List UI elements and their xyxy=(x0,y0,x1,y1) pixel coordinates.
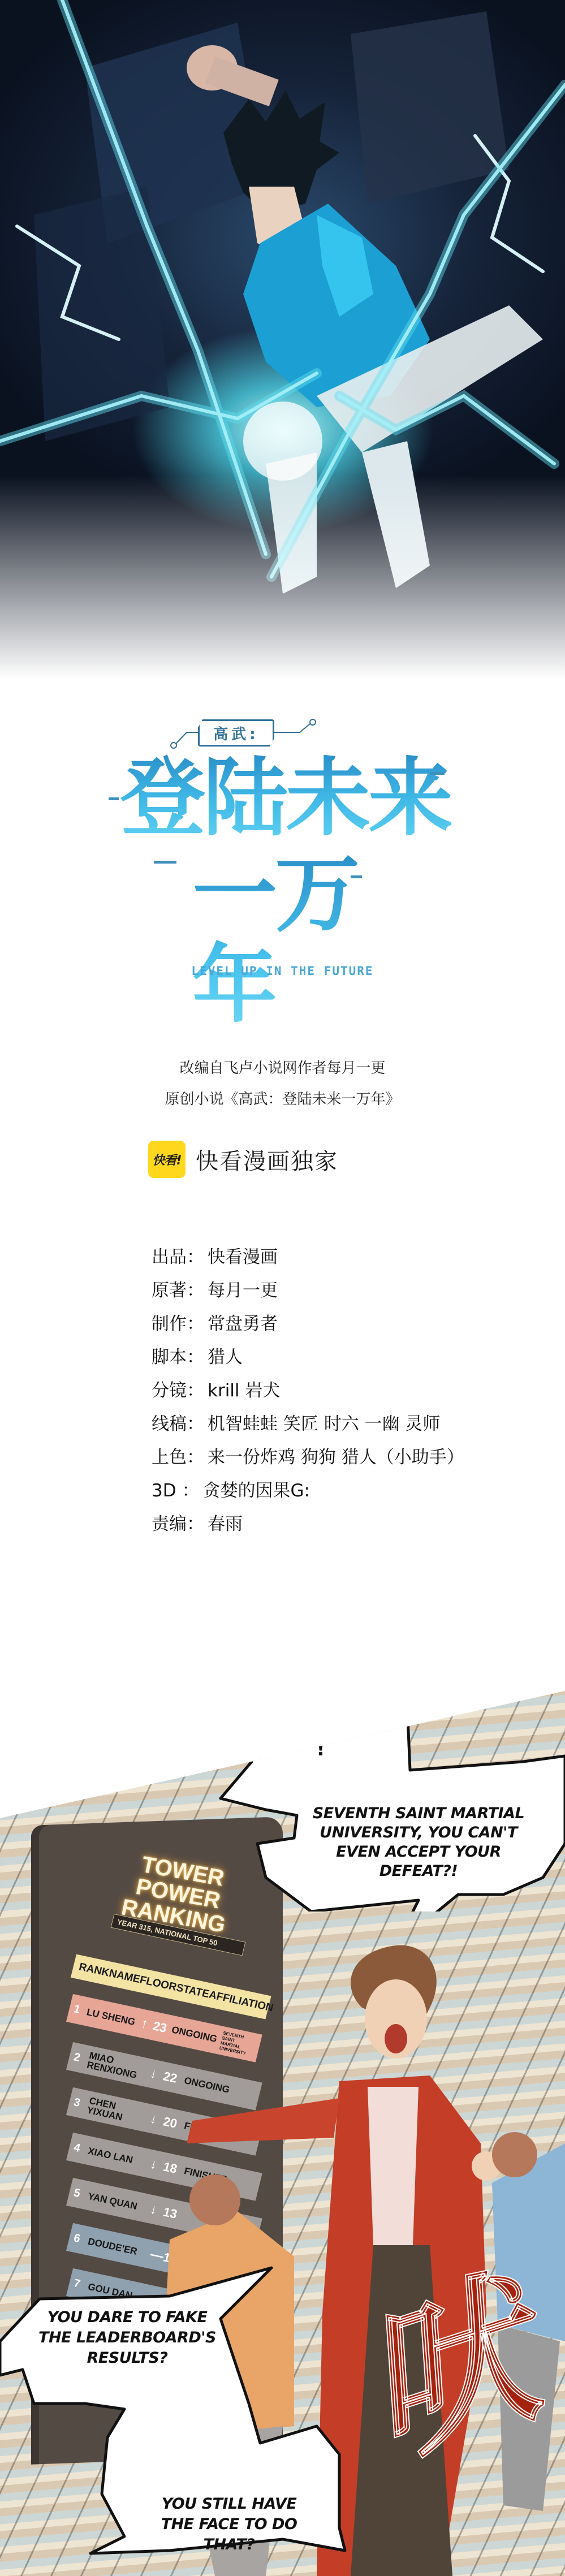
credit-label: 制作： xyxy=(152,1309,204,1335)
logo-title-line1: 登陆未来 xyxy=(110,753,461,844)
credit-row: 上色：来一份炸鸡 狗狗 猎人（小助手） xyxy=(152,1439,464,1472)
credit-value: 每月一更 xyxy=(208,1276,278,1301)
logo-english-subtitle: LEVEL UP IN THE FUTURE xyxy=(0,964,565,978)
credit-value: 来一份炸鸡 狗狗 猎人（小助手） xyxy=(208,1443,464,1468)
logo-tag: 高武: xyxy=(198,719,274,747)
credit-row: 原著：每月一更 xyxy=(152,1272,464,1305)
cover-illustration xyxy=(0,0,565,679)
credit-value: 春雨 xyxy=(208,1509,243,1535)
comic-panel: TOWER POWER RANKING YEAR 315, NATIONAL T… xyxy=(0,1691,565,2576)
credit-row: 脚本：猎人 xyxy=(152,1339,464,1372)
credit-row: 3D ：贪婪的因果G: xyxy=(152,1472,464,1505)
credit-value: 猎人 xyxy=(208,1343,243,1368)
title-logo: 高武: 登陆未来 一万年 xyxy=(0,707,565,944)
credit-label: 脚本： xyxy=(152,1343,204,1368)
logo-dash xyxy=(154,861,176,864)
credit-value: 常盘勇者 xyxy=(208,1309,278,1335)
face-text: YOU STILL HAVE THE FACE TO DO THAT? xyxy=(147,2494,311,2555)
grunt-text: 艹! xyxy=(294,1733,328,1761)
credit-row: 分镜：krill 岩犬 xyxy=(152,1372,464,1405)
logo-title-line2: 一万年 xyxy=(192,849,430,1030)
credit-row: 责编：春雨 xyxy=(152,1505,464,1539)
cover-art-graphic xyxy=(0,0,565,679)
credit-label: 出品： xyxy=(152,1242,204,1268)
kuaikan-logo-icon: 快看! xyxy=(148,1141,186,1178)
credit-row: 制作：常盘勇者 xyxy=(152,1305,464,1339)
logo-dash xyxy=(351,875,362,878)
adaptation-line-2: 原创小说《高武：登陆未来一万年》 xyxy=(0,1088,565,1108)
fake-results-text: YOU DARE TO FAKE THE LEADERBOARD'S RESUL… xyxy=(34,2307,221,2368)
credit-label: 上色： xyxy=(152,1443,204,1468)
credit-row: 出品：快看漫画 xyxy=(152,1239,464,1272)
logo-dash xyxy=(109,797,119,800)
logo-dash xyxy=(430,772,445,775)
credit-label: 责编： xyxy=(152,1509,204,1535)
credit-value: 快看漫画 xyxy=(208,1242,278,1268)
brand-text: 快看漫画独家 xyxy=(196,1144,338,1176)
credit-row: 线稿：机智蛙蛙 笑匠 时六 一幽 灵师 xyxy=(152,1405,464,1439)
credit-value: 贪婪的因果G: xyxy=(202,1476,309,1501)
credit-label: 原著： xyxy=(152,1276,204,1301)
credit-label: 线稿： xyxy=(152,1409,204,1435)
kuaikan-exclusive-brand: 快看! 快看漫画独家 xyxy=(148,1141,338,1178)
shout-text: SEVENTH SAINT MARTIAL UNIVERSITY, YOU CA… xyxy=(311,1804,526,1881)
credit-label: 分镜： xyxy=(152,1376,204,1401)
credit-label: 3D ： xyxy=(152,1476,199,1501)
credits-list: 出品：快看漫画 原著：每月一更 制作：常盘勇者 脚本：猎人 分镜：krill 岩… xyxy=(152,1239,464,1539)
credit-value: 机智蛙蛙 笑匠 时六 一幽 灵师 xyxy=(208,1409,440,1435)
credit-value: krill 岩犬 xyxy=(208,1376,280,1401)
adaptation-line-1: 改编自飞卢小说网作者每月一更 xyxy=(0,1056,565,1077)
